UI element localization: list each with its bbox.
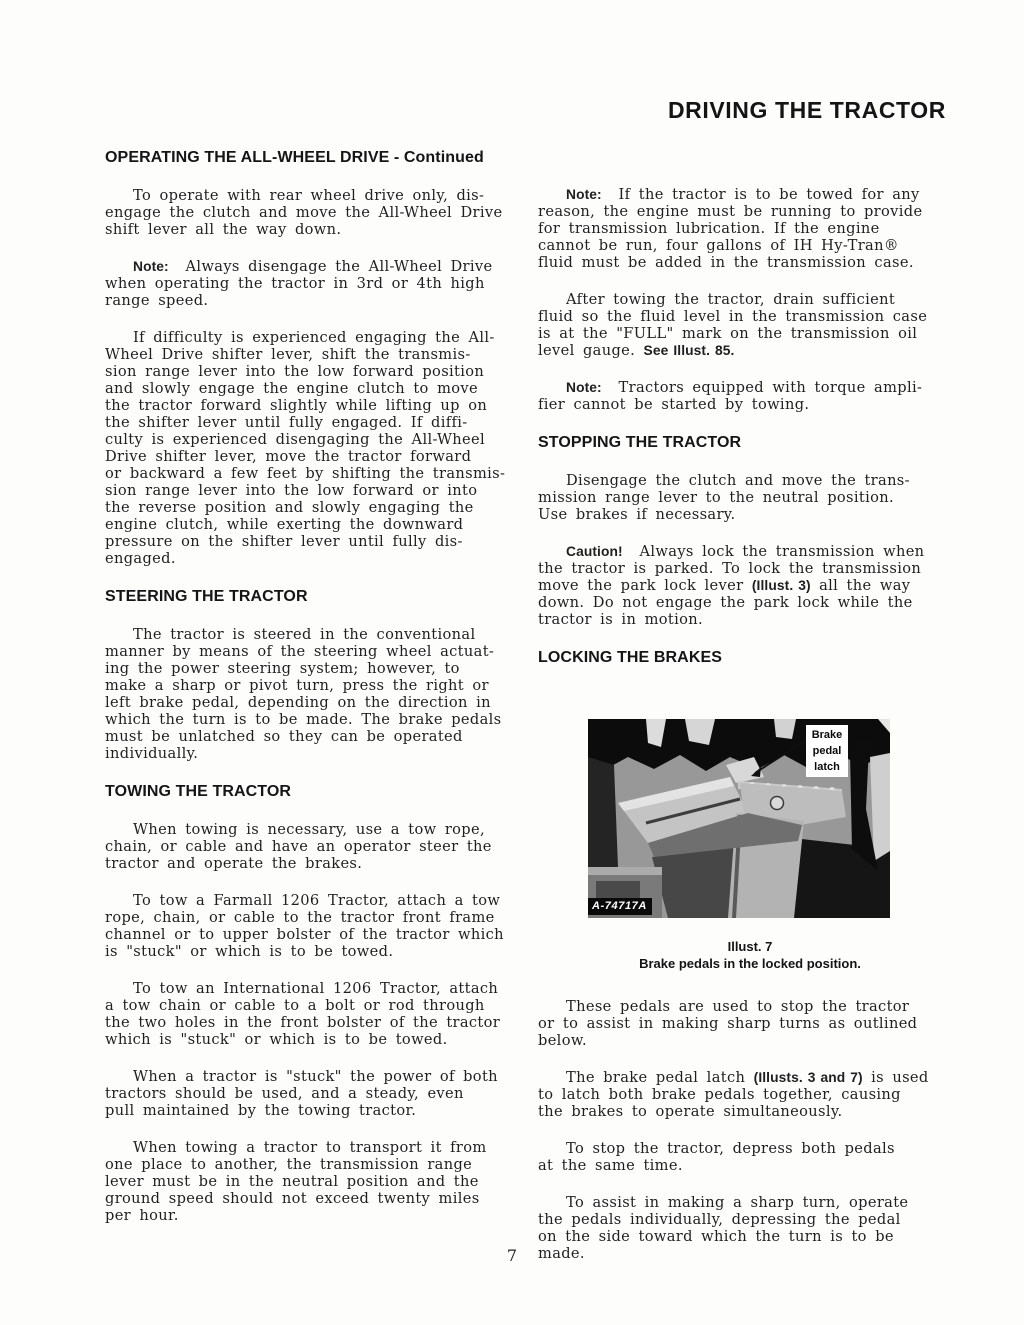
body-text: If difficulty is experienced engaging th… xyxy=(105,329,505,567)
para-these-pedals: These pedals are used to stop the tracto… xyxy=(538,998,962,1049)
body-text: To tow a Farmall 1206 Tractor, attach a … xyxy=(105,892,504,960)
figure-caption-number: Illust. 7 xyxy=(538,938,962,955)
figure-caption-text: Brake pedals in the locked position. xyxy=(538,955,962,972)
photo-id-chip: A-74717A xyxy=(588,898,652,915)
body-text: These pedals are used to stop the tracto… xyxy=(538,998,917,1049)
para-tow-international: To tow an International 1206 Tractor, at… xyxy=(105,980,529,1048)
figure-caption: Illust. 7 Brake pedals in the locked pos… xyxy=(538,938,962,972)
manual-page: DRIVING THE TRACTOR OPERATING THE ALL-WH… xyxy=(0,0,1024,1325)
emphasis-label: (Illust. 3) xyxy=(752,578,811,593)
body-text: The tractor is steered in the convention… xyxy=(105,626,502,762)
section-heading-stopping-the-tractor: STOPPING THE TRACTOR xyxy=(538,433,962,452)
body-text: When towing is necessary, use a tow rope… xyxy=(105,821,492,872)
emphasis-label: Note: xyxy=(133,259,169,274)
note-towed-engine-running: Note: If the tractor is to be towed for … xyxy=(538,186,962,271)
body-text: To stop the tractor, depress both pedals… xyxy=(538,1140,895,1174)
para-stop-tractor: To stop the tractor, depress both pedals… xyxy=(538,1140,962,1174)
emphasis-label: Caution! xyxy=(566,544,623,559)
para-towing-transport: When towing a tractor to transport it fr… xyxy=(105,1139,529,1224)
para-operate-rear-wheel: To operate with rear wheel drive only, d… xyxy=(105,187,529,238)
body-text: Disengage the clutch and move the trans-… xyxy=(538,472,910,523)
emphasis-label: (Illusts. 3 and 7) xyxy=(754,1070,863,1085)
figure-illust-7: Brake pedal latch A-74717A xyxy=(588,719,890,918)
para-disengage-clutch: Disengage the clutch and move the trans-… xyxy=(538,472,962,523)
body-text: To tow an International 1206 Tractor, at… xyxy=(105,980,500,1048)
right-column-bottom: These pedals are used to stop the tracto… xyxy=(538,998,962,1262)
page-number: 7 xyxy=(0,1246,1024,1265)
photo-callout-brake-pedal-latch: Brake pedal latch xyxy=(806,725,848,777)
para-difficulty-engaging: If difficulty is experienced engaging th… xyxy=(105,329,529,567)
left-column: OPERATING THE ALL-WHEEL DRIVE - Continue… xyxy=(105,148,529,1224)
note-torque-amplifier: Note: Tractors equipped with torque ampl… xyxy=(538,379,962,413)
para-caution-lock: Caution! Always lock the transmission wh… xyxy=(538,543,962,628)
para-tow-farmall: To tow a Farmall 1206 Tractor, attach a … xyxy=(105,892,529,960)
emphasis-label: Note: xyxy=(566,187,602,202)
section-heading-steering-the-tractor: STEERING THE TRACTOR xyxy=(105,587,529,606)
page-header-title: DRIVING THE TRACTOR xyxy=(668,97,946,124)
body-text: To operate with rear wheel drive only, d… xyxy=(105,187,502,238)
body-text: When a tractor is "stuck" the power of b… xyxy=(105,1068,498,1119)
para-stuck-power: When a tractor is "stuck" the power of b… xyxy=(105,1068,529,1119)
body-text: When towing a tractor to transport it fr… xyxy=(105,1139,487,1224)
para-after-towing: After towing the tractor, drain sufficie… xyxy=(538,291,962,359)
section-heading-towing-the-tractor: TOWING THE TRACTOR xyxy=(105,782,529,801)
emphasis-label: Note: xyxy=(566,380,602,395)
right-column-top: Note: If the tractor is to be towed for … xyxy=(538,186,962,687)
section-heading-locking-the-brakes: LOCKING THE BRAKES xyxy=(538,648,962,667)
emphasis-label: See Illust. 85. xyxy=(644,343,735,358)
para-brake-pedal-latch: The brake pedal latch (Illusts. 3 and 7)… xyxy=(538,1069,962,1120)
section-heading-operating-all-wheel-drive: OPERATING THE ALL-WHEEL DRIVE - Continue… xyxy=(105,148,529,167)
body-text: The brake pedal latch xyxy=(566,1069,754,1086)
para-steered-conventional: The tractor is steered in the convention… xyxy=(105,626,529,762)
note-always-disengage: Note: Always disengage the All-Wheel Dri… xyxy=(105,258,529,309)
para-towing-necessary: When towing is necessary, use a tow rope… xyxy=(105,821,529,872)
